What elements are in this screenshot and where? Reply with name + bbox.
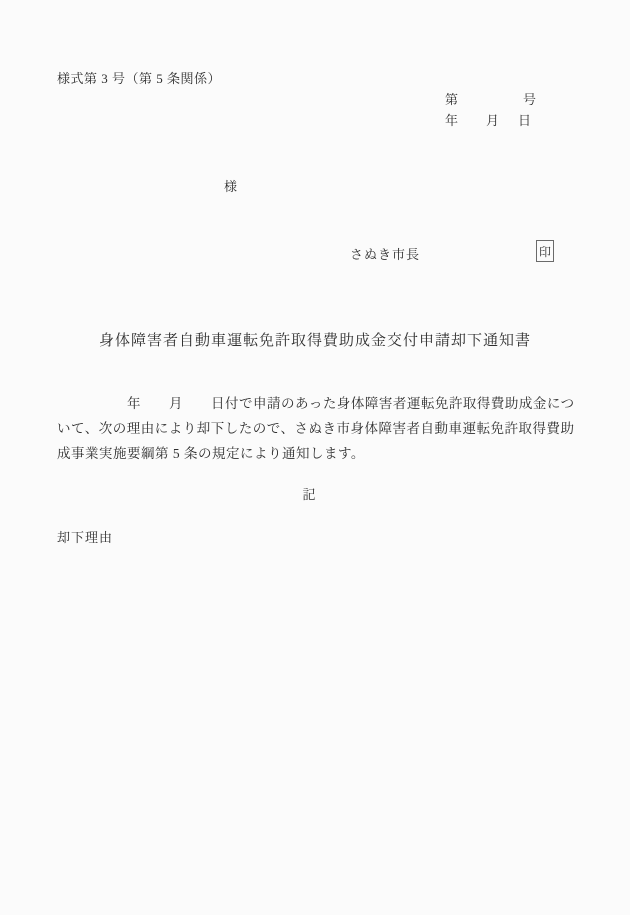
rejection-reason-label: 却下理由 [57,527,113,546]
sender-name: さぬき市長 [350,244,420,263]
seal-box: 印 [536,240,554,262]
form-number-label: 様式第 3 号（第 5 条関係） [57,68,221,87]
body-line: 年 月 日付で申請のあった身体障害者運転免許取得費助成金につ [57,391,582,416]
document-title: 身体障害者自動車運転免許取得費助成金交付申請却下通知書 [0,329,630,350]
body-line: いて、次の理由により却下したので、さぬき市身体障害者自動車運転免許取得費助 [57,416,582,441]
doc-number-suffix: 号 [523,89,536,108]
seal-mark: 印 [539,243,551,260]
body-paragraph: 年 月 日付で申請のあった身体障害者運転免許取得費助成金につ いて、次の理由によ… [57,391,582,466]
document-page: 様式第 3 号（第 5 条関係） 第 号 年 月 日 様 さぬき市長 印 身体障… [0,0,630,915]
body-line: 成事業実施要綱第 5 条の規定により通知します。 [57,441,582,466]
doc-number-prefix: 第 [445,89,458,108]
date-month-label: 月 [486,110,499,129]
record-marker: 記 [0,484,618,503]
addressee-honorific: 様 [224,176,237,195]
date-day-label: 日 [518,110,531,129]
date-year-label: 年 [445,110,458,129]
